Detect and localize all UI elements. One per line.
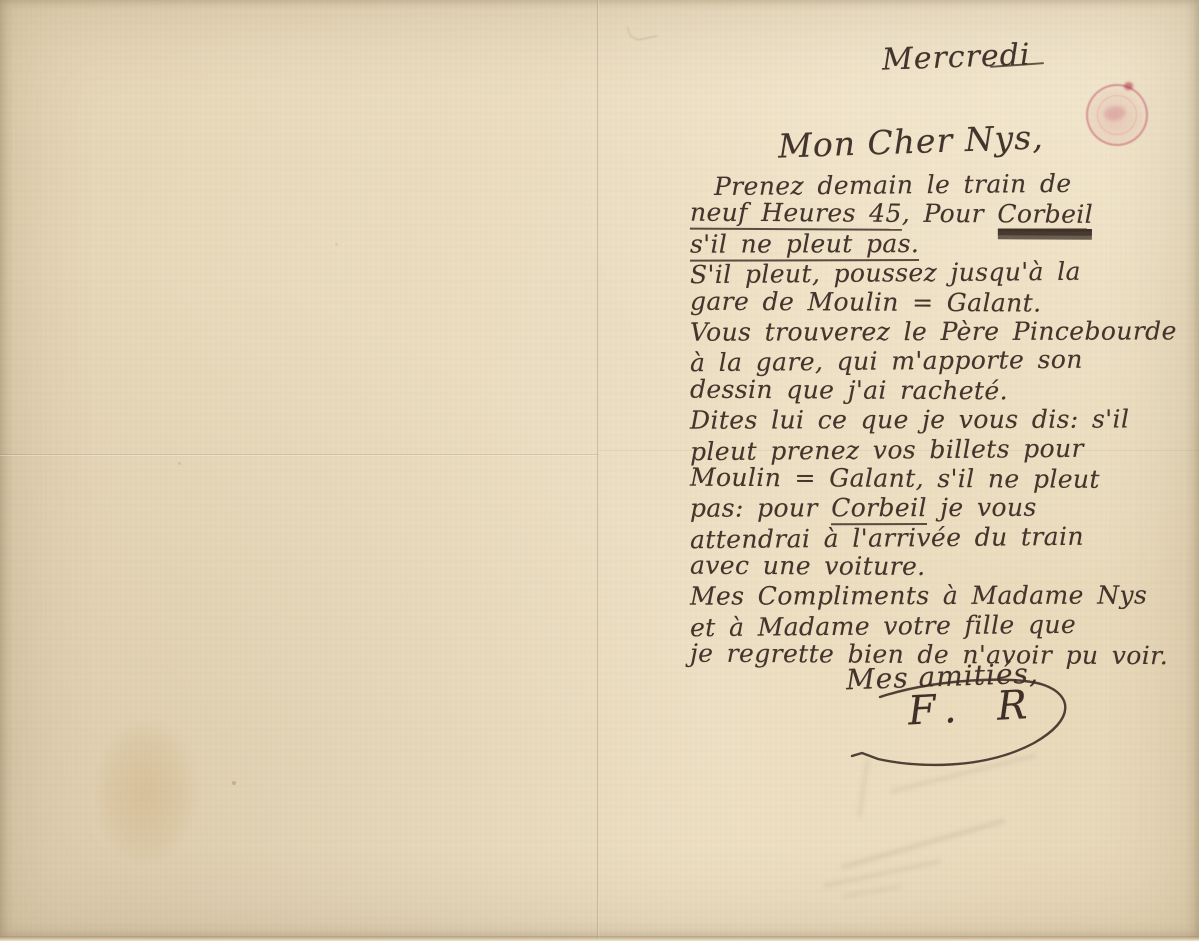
letter-line: Dites lui ce que je vous dis: s'il: [690, 404, 1195, 435]
line-text: Vous trouverez le Père Pincebourde: [690, 316, 1177, 346]
line-text: et à Madame votre fille que: [690, 610, 1076, 642]
paper-speck: [232, 781, 236, 785]
letter-scan: Mercredi Mon Cher Nys, Prenez demain le …: [0, 0, 1199, 941]
letter-line: Vous trouverez le Père Pincebourde: [690, 316, 1195, 347]
paper-stain: [96, 722, 196, 862]
letter-line: neuf Heures 45, Pour Corbeil: [690, 198, 1195, 230]
letter-line: attendrai à l'arrivée du train: [690, 520, 1195, 554]
letter-line: pas: pour Corbeil je vous: [690, 493, 1195, 524]
scan-edge: [0, 936, 1199, 941]
letter-line: Prenez demain le train de: [690, 168, 1195, 202]
line-text: Prenez demain le train de: [714, 169, 1072, 201]
line-text: pleut prenez vos billets pour: [690, 433, 1084, 465]
center-fold-crease: [597, 0, 599, 941]
date-line: Mercredi: [881, 37, 1031, 77]
paper-speck: [335, 243, 338, 246]
letter-line: à la gare, qui m'apporte son: [690, 344, 1195, 378]
line-text: Dites lui ce que je vous dis: s'il: [690, 405, 1129, 435]
ink-showthrough: [823, 860, 941, 888]
letter-line: gare de Moulin = Galant.: [690, 286, 1195, 318]
line-text: dessin que j'ai racheté.: [690, 374, 1008, 405]
line-text: à la gare, qui m'apporte son: [690, 345, 1083, 377]
letter-line: et à Madame votre fille que: [690, 609, 1195, 643]
salutation: Mon Cher Nys,: [777, 117, 1044, 165]
ink-showthrough: [841, 819, 1006, 870]
line-text: pas: pour: [690, 494, 831, 523]
pencil-mark: [627, 21, 658, 42]
stamp-ink-blob: [1124, 82, 1134, 91]
line-text: S'il pleut, poussez jusqu'à la: [690, 257, 1081, 289]
line-text: attendrai à l'arrivée du train: [690, 521, 1084, 553]
letter-line: S'il pleut, poussez jusqu'à la: [690, 256, 1195, 290]
letter-line: pleut prenez vos billets pour: [690, 432, 1195, 466]
collection-stamp-icon: [1082, 80, 1152, 150]
line-text: gare de Moulin = Galant.: [690, 286, 1042, 317]
letter-line: dessin que j'ai racheté.: [690, 374, 1195, 406]
ink-showthrough: [842, 885, 902, 898]
line-text: je vous: [927, 493, 1037, 522]
triple-underlined-text: Corbeil: [997, 200, 1093, 230]
letter-line: avec une voiture.: [690, 551, 1195, 583]
letter-line: Mes Compliments à Madame Nys: [690, 581, 1195, 612]
line-text: Mes Compliments à Madame Nys: [690, 581, 1147, 611]
line-text: Moulin = Galant, s'il ne pleut: [690, 463, 1100, 494]
paper-speck: [178, 462, 181, 465]
horizontal-fold-crease: [0, 454, 599, 455]
underlined-text: neuf Heures 45: [690, 198, 902, 231]
letter-line: s'il ne pleut pas.: [690, 228, 1195, 259]
underlined-text: s'il ne pleut pas.: [690, 229, 919, 262]
line-text: avec une voiture.: [690, 551, 926, 581]
signature-block: F. R: [780, 655, 1120, 805]
line-text: , Pour: [902, 199, 998, 228]
letter-line: Moulin = Galant, s'il ne pleut: [690, 463, 1195, 495]
underlined-text: Corbeil: [831, 493, 927, 525]
signature-initials: F. R: [907, 682, 1042, 735]
letter-body: Prenez demain le train de neuf Heures 45…: [690, 170, 1195, 670]
